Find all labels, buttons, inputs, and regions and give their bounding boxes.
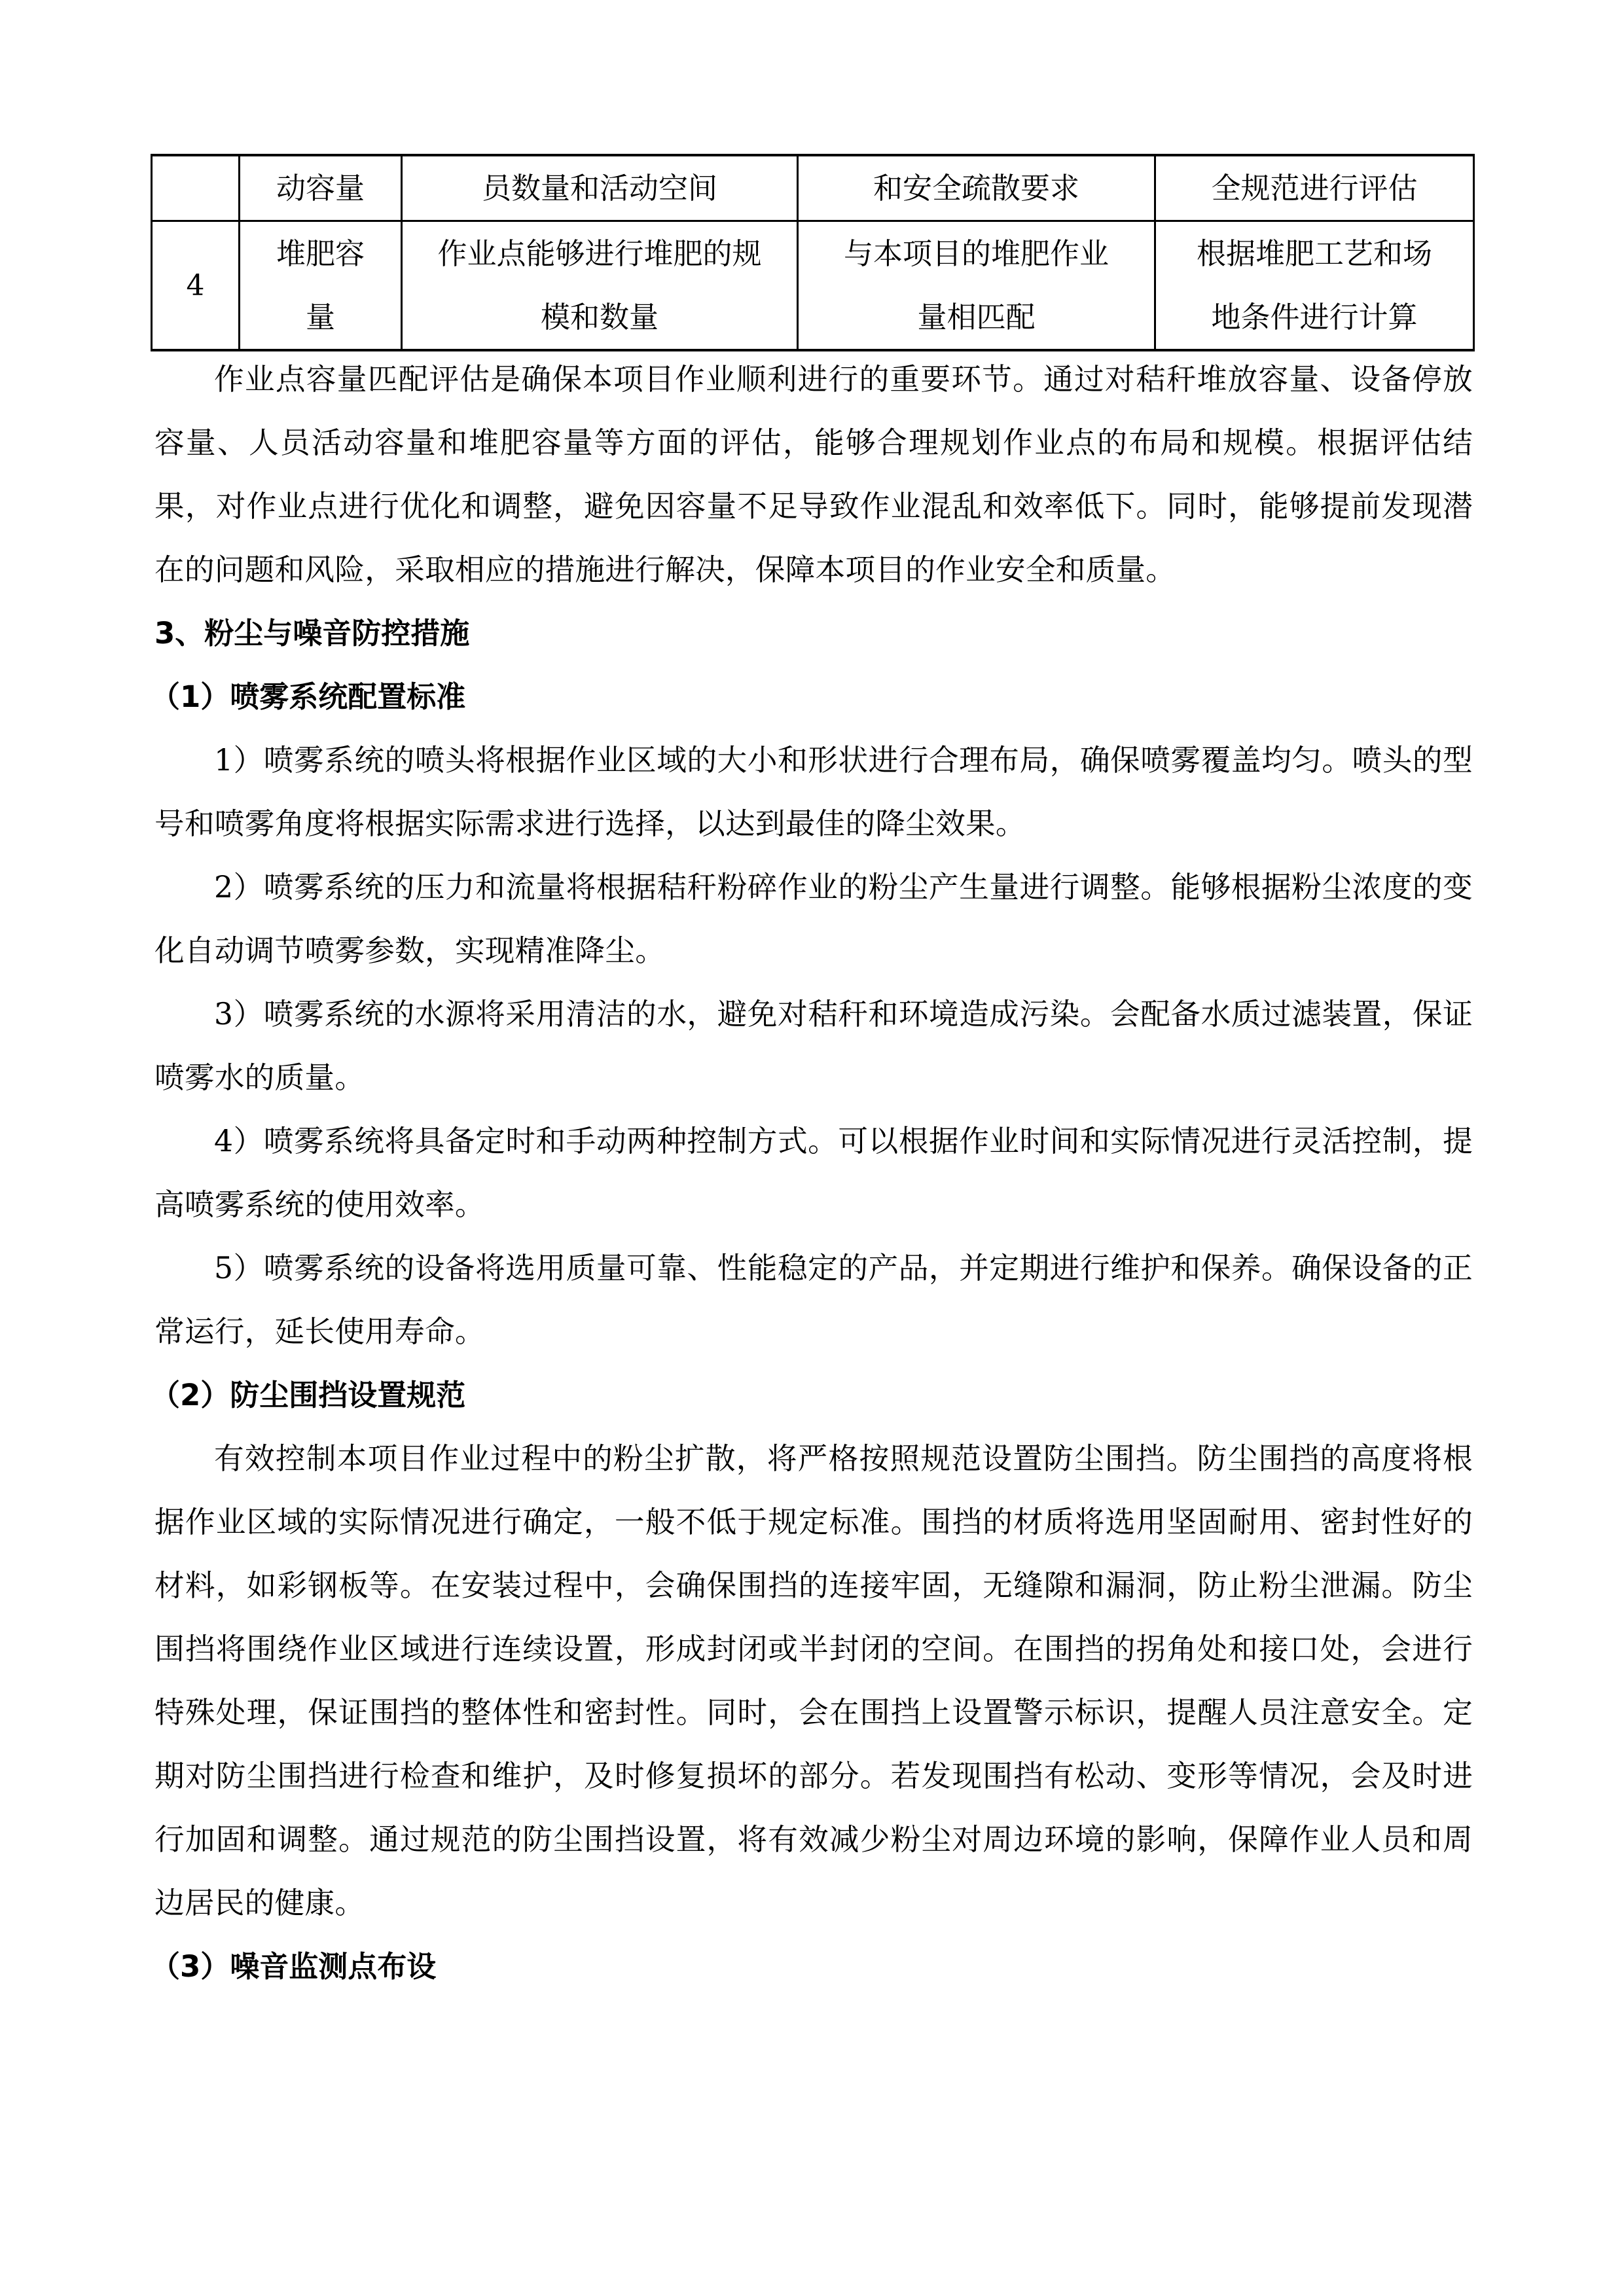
list-item: 5）喷雾系统的设备将选用质量可靠、性能稳定的产品，并定期进行维护和保养。确保设备… bbox=[154, 1236, 1473, 1363]
cell-line: 堆肥容 bbox=[247, 222, 394, 285]
content-cell: 作业点能够进行堆肥的规 模和数量 bbox=[402, 221, 798, 351]
cell-line: 量 bbox=[247, 285, 394, 349]
document-body: 作业点容量匹配评估是确保本项目作业顺利进行的重要环节。通过对秸秆堆放容量、设备停… bbox=[154, 348, 1473, 1998]
table-row: 4 堆肥容 量 作业点能够进行堆肥的规 模和数量 与本项目的堆肥作业 量相匹配 … bbox=[152, 221, 1474, 351]
requirement-cell: 与本项目的堆肥作业 量相匹配 bbox=[798, 221, 1155, 351]
cell-line: 量相匹配 bbox=[805, 285, 1147, 349]
list-item: 3）喷雾系统的水源将采用清洁的水，避免对秸秆和环境造成污染。会配备水质过滤装置，… bbox=[154, 982, 1473, 1109]
cell-line: 地条件进行计算 bbox=[1163, 285, 1466, 349]
subsection-heading: （3）噪音监测点布设 bbox=[151, 1935, 1473, 1998]
summary-paragraph: 作业点容量匹配评估是确保本项目作业顺利进行的重要环节。通过对秸秆堆放容量、设备停… bbox=[154, 348, 1473, 601]
method-cell: 全规范进行评估 bbox=[1155, 155, 1474, 221]
section-heading: 3、粉尘与噪音防控措施 bbox=[154, 601, 1473, 665]
body-paragraph: 有效控制本项目作业过程中的粉尘扩散，将严格按照规范设置防尘围挡。防尘围挡的高度将… bbox=[154, 1427, 1473, 1935]
table-row: 动容量 员数量和活动空间 和安全疏散要求 全规范进行评估 bbox=[152, 155, 1474, 221]
subsection-heading: （2）防尘围挡设置规范 bbox=[151, 1363, 1473, 1427]
method-cell: 根据堆肥工艺和场 地条件进行计算 bbox=[1155, 221, 1474, 351]
list-item: 2）喷雾系统的压力和流量将根据秸秆粉碎作业的粉尘产生量进行调整。能够根据粉尘浓度… bbox=[154, 855, 1473, 982]
content-cell: 员数量和活动空间 bbox=[402, 155, 798, 221]
requirement-cell: 和安全疏散要求 bbox=[798, 155, 1155, 221]
capacity-assessment-table: 动容量 员数量和活动空间 和安全疏散要求 全规范进行评估 4 堆肥容 量 作业点… bbox=[151, 154, 1475, 351]
document-page: 动容量 员数量和活动空间 和安全疏散要求 全规范进行评估 4 堆肥容 量 作业点… bbox=[0, 0, 1624, 2296]
cell-line: 根据堆肥工艺和场 bbox=[1163, 222, 1466, 285]
item-cell: 动容量 bbox=[240, 155, 402, 221]
item-cell: 堆肥容 量 bbox=[240, 221, 402, 351]
row-index-cell bbox=[152, 155, 240, 221]
cell-line: 与本项目的堆肥作业 bbox=[805, 222, 1147, 285]
list-item: 4）喷雾系统将具备定时和手动两种控制方式。可以根据作业时间和实际情况进行灵活控制… bbox=[154, 1109, 1473, 1236]
cell-line: 作业点能够进行堆肥的规 bbox=[409, 222, 790, 285]
subsection-heading: （1）喷雾系统配置标准 bbox=[151, 665, 1473, 728]
row-index-cell: 4 bbox=[152, 221, 240, 351]
cell-line: 模和数量 bbox=[409, 285, 790, 349]
list-item: 1）喷雾系统的喷头将根据作业区域的大小和形状进行合理布局，确保喷雾覆盖均匀。喷头… bbox=[154, 728, 1473, 855]
